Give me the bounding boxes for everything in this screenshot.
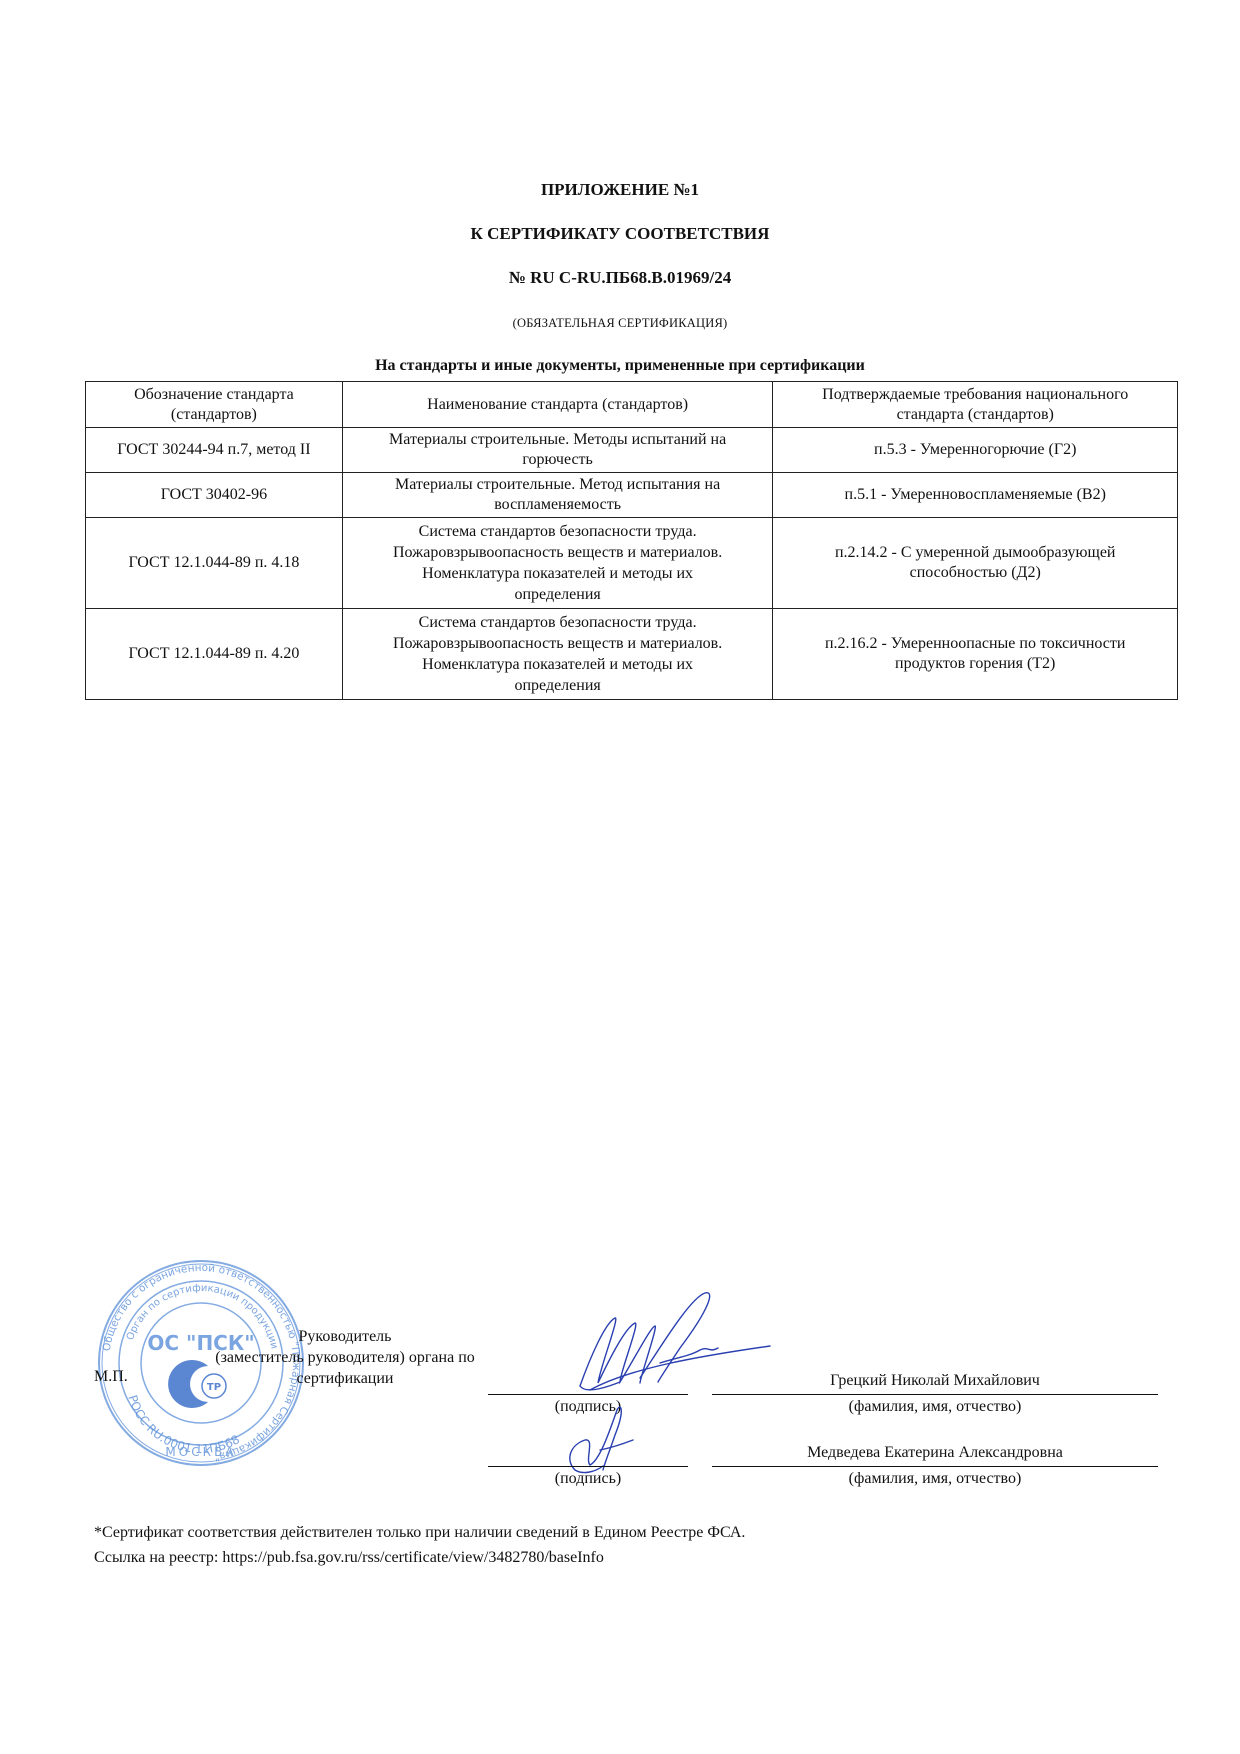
name-caption-expert: (фамилия, имя, отчество) xyxy=(712,1470,1158,1488)
registry-validity-note: *Сертификат соответствия действителен то… xyxy=(94,1524,745,1542)
table-row: ГОСТ 30402-96 Материалы строительные. Ме… xyxy=(86,473,1178,518)
table-header-row: Обозначение стандарта (стандартов) Наиме… xyxy=(86,382,1178,428)
registry-link[interactable]: Ссылка на реестр: https://pub.fsa.gov.ru… xyxy=(94,1549,604,1567)
column-header-designation: Обозначение стандарта (стандартов) xyxy=(86,382,343,428)
signature-line-head xyxy=(488,1394,688,1395)
table-row: ГОСТ 12.1.044-89 п. 4.20 Система стандар… xyxy=(86,609,1178,700)
cell-requirement: п.2.16.2 - Умеренноопасные по токсичност… xyxy=(773,609,1178,700)
cell-name: Система стандартов безопасности труда. П… xyxy=(342,518,773,609)
cell-requirement: п.5.1 - Умеренновоспламеняемые (В2) xyxy=(773,473,1178,518)
name-line-expert xyxy=(712,1466,1158,1467)
standards-table: Обозначение стандарта (стандартов) Наиме… xyxy=(85,381,1178,700)
svg-text:МОСКВА: МОСКВА xyxy=(165,1445,236,1459)
column-header-requirement: Подтверждаемые требования национального … xyxy=(773,382,1178,428)
cell-requirement: п.5.3 - Умеренногорючие (Г2) xyxy=(773,428,1178,473)
cell-designation: ГОСТ 30402-96 xyxy=(86,473,343,518)
cell-designation: ГОСТ 30244-94 п.7, метод II xyxy=(86,428,343,473)
column-header-name: Наименование стандарта (стандартов) xyxy=(342,382,773,428)
seal-label: М.П. xyxy=(94,1368,128,1386)
appendix-title: ПРИЛОЖЕНИЕ №1 xyxy=(0,180,1240,200)
table-row: ГОСТ 12.1.044-89 п. 4.18 Система стандар… xyxy=(86,518,1178,609)
cell-name: Материалы строительные. Метод испытания … xyxy=(342,473,773,518)
cell-name: Система стандартов безопасности труда. П… xyxy=(342,609,773,700)
head-name: Грецкий Николай Михайлович xyxy=(712,1372,1158,1390)
certification-type: (ОБЯЗАТЕЛЬНАЯ СЕРТИФИКАЦИЯ) xyxy=(0,316,1240,331)
role-line-2: (заместитель руководителя) органа по xyxy=(200,1347,490,1368)
expert-name: Медведева Екатерина Александровна xyxy=(712,1444,1158,1462)
cell-name: Материалы строительные. Методы испытаний… xyxy=(342,428,773,473)
certificate-number: № RU C-RU.ПБ68.В.01969/24 xyxy=(0,268,1240,288)
certificate-heading: К СЕРТИФИКАТУ СООТВЕТСТВИЯ xyxy=(0,224,1240,244)
signatory-role: Руководитель (заместитель руководителя) … xyxy=(200,1326,490,1389)
role-line-3: сертификации xyxy=(200,1368,490,1389)
name-caption-head: (фамилия, имя, отчество) xyxy=(712,1398,1158,1416)
signature-line-expert xyxy=(488,1466,688,1467)
cell-requirement: п.2.14.2 - С умеренной дымообразующей сп… xyxy=(773,518,1178,609)
cell-designation: ГОСТ 12.1.044-89 п. 4.20 xyxy=(86,609,343,700)
table-caption: На стандарты и иные документы, примененн… xyxy=(0,357,1240,375)
name-line-head xyxy=(712,1394,1158,1395)
role-line-1: Руководитель xyxy=(200,1326,490,1347)
table-row: ГОСТ 30244-94 п.7, метод II Материалы ст… xyxy=(86,428,1178,473)
cell-designation: ГОСТ 12.1.044-89 п. 4.18 xyxy=(86,518,343,609)
signature-caption-expert: (подпись) xyxy=(488,1470,688,1488)
signature-expert-icon xyxy=(555,1400,665,1480)
